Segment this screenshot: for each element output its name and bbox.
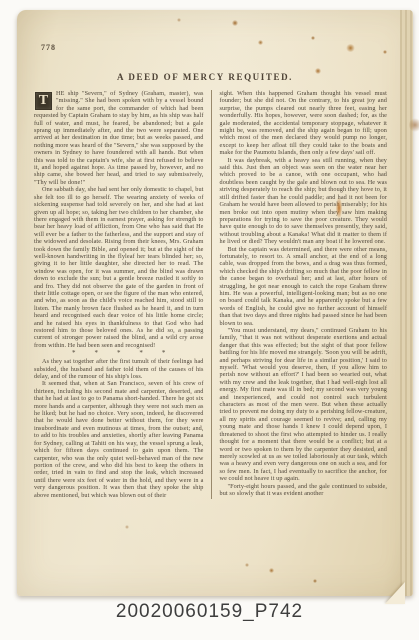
page-number: 778 xyxy=(41,43,56,52)
stain-spot xyxy=(245,563,249,567)
paragraph: THE ship "Severn," of Sydney (Graham, ma… xyxy=(34,90,204,186)
paragraph: But the captain was determined, and ther… xyxy=(220,246,388,327)
stain-spot xyxy=(311,36,315,40)
paragraph: "Forty-eight hours passed, and the gale … xyxy=(220,483,388,498)
right-column: sight. When this happened Graham thought… xyxy=(211,90,388,499)
paragraph: sight. When this happened Graham thought… xyxy=(220,90,388,157)
stain-spot xyxy=(125,525,129,529)
archive-id-label: 20020060159_P742 xyxy=(0,601,419,623)
text-columns: THE ship "Severn," of Sydney (Graham, ma… xyxy=(34,90,387,499)
paragraph: One sabbath day, she had sent her only d… xyxy=(34,186,204,349)
stain-spot xyxy=(383,50,387,54)
scanned-book-page: 778 A DEED OF MERCY REQUITED. THE ship "… xyxy=(17,10,413,596)
section-divider: * * * * * xyxy=(34,349,204,358)
stain-spot xyxy=(258,40,263,45)
stain-spot xyxy=(232,20,238,26)
stain-spot xyxy=(269,568,274,573)
stain-spot xyxy=(346,44,355,52)
paragraph: It was daybreak, with a heavy sea still … xyxy=(220,157,388,246)
paragraph: "You must understand, my dears," continu… xyxy=(220,327,388,483)
paragraph: It seemed that, when at San Francisco, s… xyxy=(34,380,204,499)
stain-spot xyxy=(313,579,317,583)
book-page-edge xyxy=(400,10,413,596)
paragraph-text: HE ship "Severn," of Sydney (Graham, mas… xyxy=(34,90,204,186)
stain-spot xyxy=(177,18,181,22)
article-title: A DEED OF MERCY REQUITED. xyxy=(17,72,393,82)
dropcap-ornament-T: T xyxy=(34,91,53,111)
left-column: THE ship "Severn," of Sydney (Graham, ma… xyxy=(34,90,211,499)
paragraph: As they sat together after the first tum… xyxy=(34,358,204,380)
